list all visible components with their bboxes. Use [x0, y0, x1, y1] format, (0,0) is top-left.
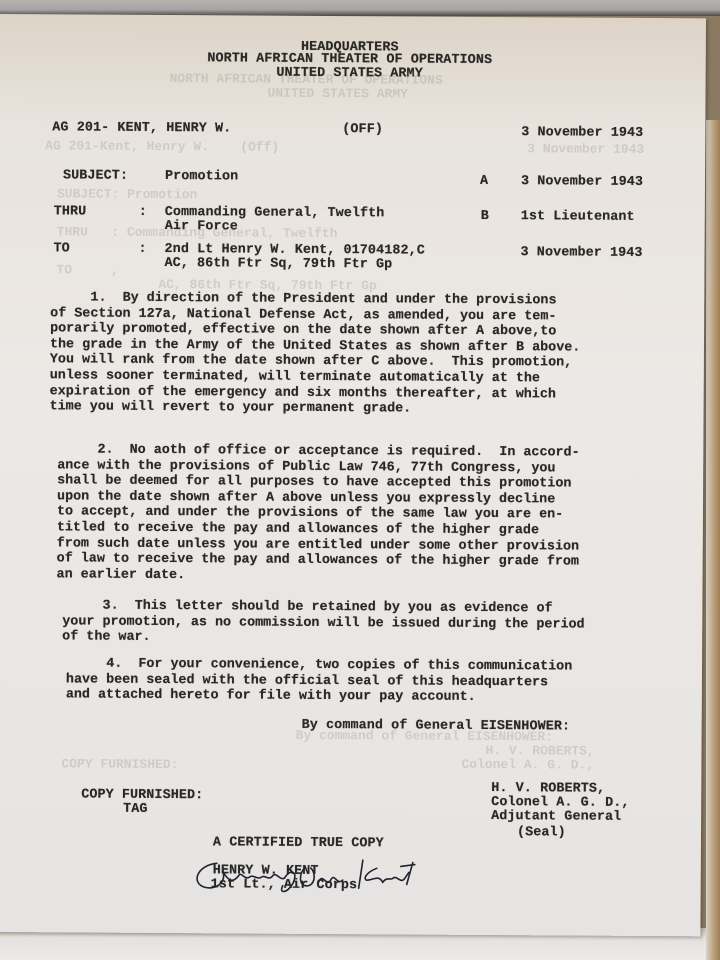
thru-key-b-value: 1st Lieutenant	[521, 209, 635, 226]
ghost-letterhead-line3: UNITED STATES ARMY	[267, 86, 408, 103]
page-edge	[706, 120, 720, 960]
subject-key-a-value: 3 November 1943	[521, 174, 643, 191]
ghost-sig-rank: Colonel A. G. D.,	[461, 757, 594, 774]
paragraph-line: and attached hereto for file with your p…	[66, 688, 572, 707]
signatory-seal: (Seal)	[517, 825, 566, 841]
subject-key-a: A	[480, 174, 488, 190]
to-key-c-value: 3 November 1943	[520, 245, 642, 262]
paragraph-2: 2. No aoth of office or acceptance is re…	[57, 442, 580, 586]
thru-value-line-2: Air Force	[165, 219, 238, 235]
paragraph-line: time you will revert to your permanent g…	[50, 399, 580, 418]
document-page: NORTH AFRICAN THEATER OF OPERATIONS UNIT…	[0, 14, 706, 936]
subject-value: Promotion	[165, 169, 238, 185]
subject-label: SUBJECT:	[63, 168, 128, 184]
command-line: By command of General EISENHOWER:	[302, 718, 571, 736]
ghost-reference-date: 3 November 1943	[527, 141, 644, 158]
letterhead-line-3: UNITED STATES ARMY	[0, 64, 710, 84]
ghost-reference: AG 201-Kent, Henry W. (Off)	[45, 138, 279, 155]
thru-key-b: B	[481, 209, 489, 225]
reference-date: 3 November 1943	[521, 125, 643, 142]
to-label: TO	[54, 241, 70, 257]
ghost-to: TO ,	[56, 262, 119, 278]
thru-label: THRU	[54, 204, 87, 220]
ghost-copy: COPY FURNISHED:	[61, 756, 178, 773]
to-value-line-2: AC, 86th Ftr Sq, 79th Ftr Gp	[164, 256, 392, 273]
ghost-subject: SUBJECT: Promotion	[57, 186, 198, 203]
paragraph-1: 1. By direction of the President and und…	[50, 290, 581, 418]
paragraph-3: 3. This letter should be retained by you…	[62, 598, 585, 648]
paragraph-line: an earlier date.	[57, 567, 579, 586]
thru-separator: :	[139, 205, 147, 221]
to-separator: :	[139, 242, 147, 258]
reference-classification: (OFF)	[342, 122, 383, 138]
copy-furnished-recipient: TAG	[123, 802, 148, 818]
certification-heading: A CERTIFIED TRUE COPY	[213, 835, 384, 852]
paragraph-line: of the war.	[62, 630, 584, 649]
reference-file: AG 201- KENT, HENRY W.	[52, 120, 231, 137]
signatory-title: Adjutant General	[491, 809, 621, 826]
paragraph-4: 4. For your convenience, two copies of t…	[66, 656, 573, 706]
background-surface	[0, 0, 720, 16]
handwritten-signature: Henry W. Kent	[187, 853, 427, 900]
